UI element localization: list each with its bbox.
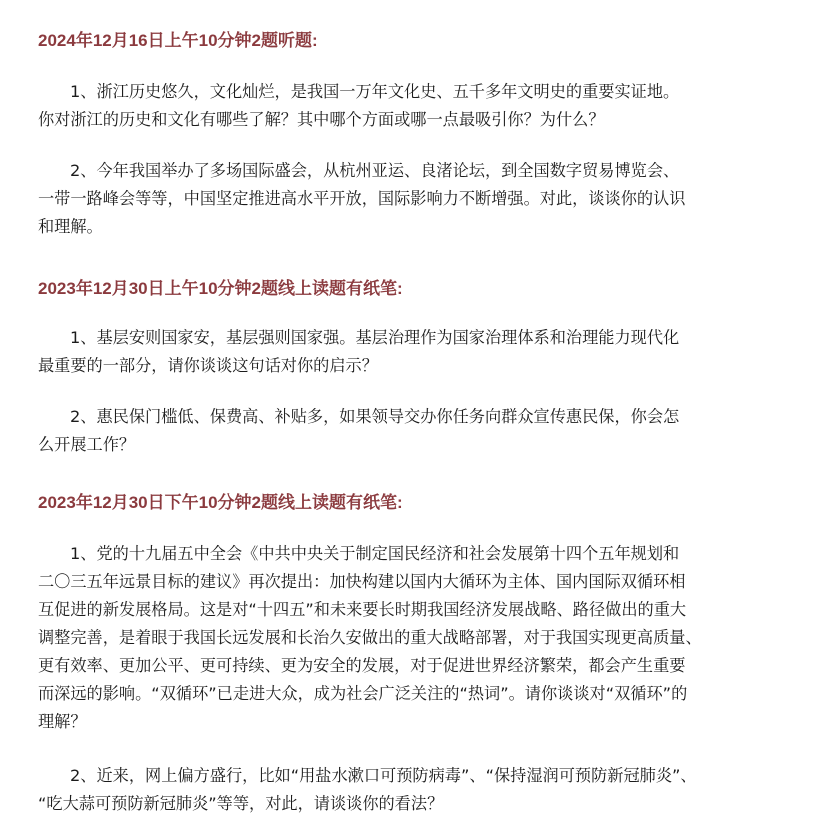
question-line: 最重要的一部分，请你谈谈这句话对你的启示？ <box>38 352 798 380</box>
section-heading-2024-12-16-am: 2024年12月16日上午10分钟2题听题: <box>38 26 318 51</box>
question-line: 2、今年我国举办了多场国际盛会，从杭州亚运、良渚论坛，到全国数字贸易博览会、 <box>38 157 798 185</box>
question-paragraph: 2、惠民保门槛低、保费高、补贴多，如果领导交办你任务向群众宣传惠民保，你会怎 么… <box>38 403 798 459</box>
question-paragraph: 2、近来，网上偏方盛行，比如“用盐水漱口可预防病毒”、“保持湿润可预防新冠肺炎”… <box>38 762 798 818</box>
question-line: 1、党的十九届五中全会《中共中央关于制定国民经济和社会发展第十四个五年规划和 <box>38 540 798 568</box>
question-line: 和理解。 <box>38 213 798 241</box>
question-line: 一带一路峰会等等，中国坚定推进高水平开放，国际影响力不断增强。对此，谈谈你的认识 <box>38 185 798 213</box>
question-paragraph: 1、党的十九届五中全会《中共中央关于制定国民经济和社会发展第十四个五年规划和 二… <box>38 540 798 736</box>
question-line: 二〇三五年远景目标的建议》再次提出：加快构建以国内大循环为主体、国内国际双循环相 <box>38 568 798 596</box>
question-line: 2、惠民保门槛低、保费高、补贴多，如果领导交办你任务向群众宣传惠民保，你会怎 <box>38 403 798 431</box>
question-line: 1、基层安则国家安，基层强则国家强。基层治理作为国家治理体系和治理能力现代化 <box>38 324 798 352</box>
question-line: 互促进的新发展格局。这是对“十四五”和未来要长时期我国经济发展战略、路径做出的重… <box>38 596 798 624</box>
section-heading-2023-12-30-pm: 2023年12月30日下午10分钟2题线上读题有纸笔: <box>38 488 403 513</box>
question-line: 调整完善，是着眼于我国长远发展和长治久安做出的重大战略部署，对于我国实现更高质量… <box>38 624 798 652</box>
question-paragraph: 2、今年我国举办了多场国际盛会，从杭州亚运、良渚论坛，到全国数字贸易博览会、 一… <box>38 157 798 241</box>
question-line: 你对浙江的历史和文化有哪些了解？其中哪个方面或哪一点最吸引你？为什么？ <box>38 106 798 134</box>
question-line: 1、浙江历史悠久，文化灿烂，是我国一万年文化史、五千多年文明史的重要实证地。 <box>38 78 798 106</box>
question-line: “吃大蒜可预防新冠肺炎”等等，对此，请谈谈你的看法？ <box>38 790 798 818</box>
question-line: 2、近来，网上偏方盛行，比如“用盐水漱口可预防病毒”、“保持湿润可预防新冠肺炎”… <box>38 762 798 790</box>
question-paragraph: 1、基层安则国家安，基层强则国家强。基层治理作为国家治理体系和治理能力现代化 最… <box>38 324 798 380</box>
question-line: 么开展工作？ <box>38 431 798 459</box>
section-heading-2023-12-30-am: 2023年12月30日上午10分钟2题线上读题有纸笔: <box>38 274 403 299</box>
document-page: 2024年12月16日上午10分钟2题听题: 1、浙江历史悠久，文化灿烂，是我国… <box>0 0 832 832</box>
question-line: 而深远的影响。“双循环”已走进大众，成为社会广泛关注的“热词”。请你谈谈对“双循… <box>38 680 798 708</box>
question-line: 理解？ <box>38 708 798 736</box>
question-paragraph: 1、浙江历史悠久，文化灿烂，是我国一万年文化史、五千多年文明史的重要实证地。 你… <box>38 78 798 134</box>
question-line: 更有效率、更加公平、更可持续、更为安全的发展，对于促进世界经济繁荣，都会产生重要 <box>38 652 798 680</box>
